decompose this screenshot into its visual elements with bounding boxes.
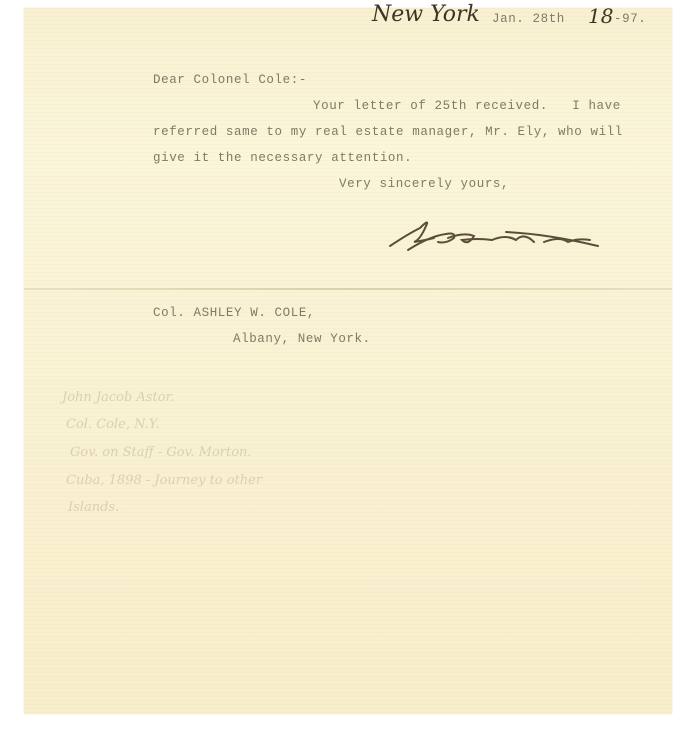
closing: Very sincerely yours, — [339, 177, 509, 191]
pencil-note-1: John Jacob Astor. — [62, 390, 174, 405]
recipient-name: Col. ASHLEY W. COLE, — [153, 306, 315, 320]
pencil-note-4: Cuba, 1898 - Journey to other — [66, 473, 262, 488]
pencil-note-2: Col. Cole, N.Y. — [66, 417, 160, 432]
body-line-2: referred same to my real estate manager,… — [153, 125, 623, 139]
recipient-address: Albany, New York. — [233, 332, 371, 346]
year-suffix: -97. — [614, 12, 646, 26]
letter-date: Jan. 28th — [492, 12, 565, 26]
body-line-1: Your letter of 25th received. I have — [313, 99, 621, 113]
salutation: Dear Colonel Cole:- — [153, 73, 307, 87]
year-prefix: 18 — [588, 4, 613, 28]
letterhead-city: New York — [372, 2, 480, 27]
paper-fold — [24, 288, 672, 290]
pencil-note-3: Gov. on Staff - Gov. Morton. — [70, 445, 252, 460]
pencil-note-5: Islands. — [68, 500, 119, 515]
letter-paper — [24, 8, 672, 714]
body-line-3: give it the necessary attention. — [153, 151, 412, 165]
signature-icon — [368, 210, 608, 270]
